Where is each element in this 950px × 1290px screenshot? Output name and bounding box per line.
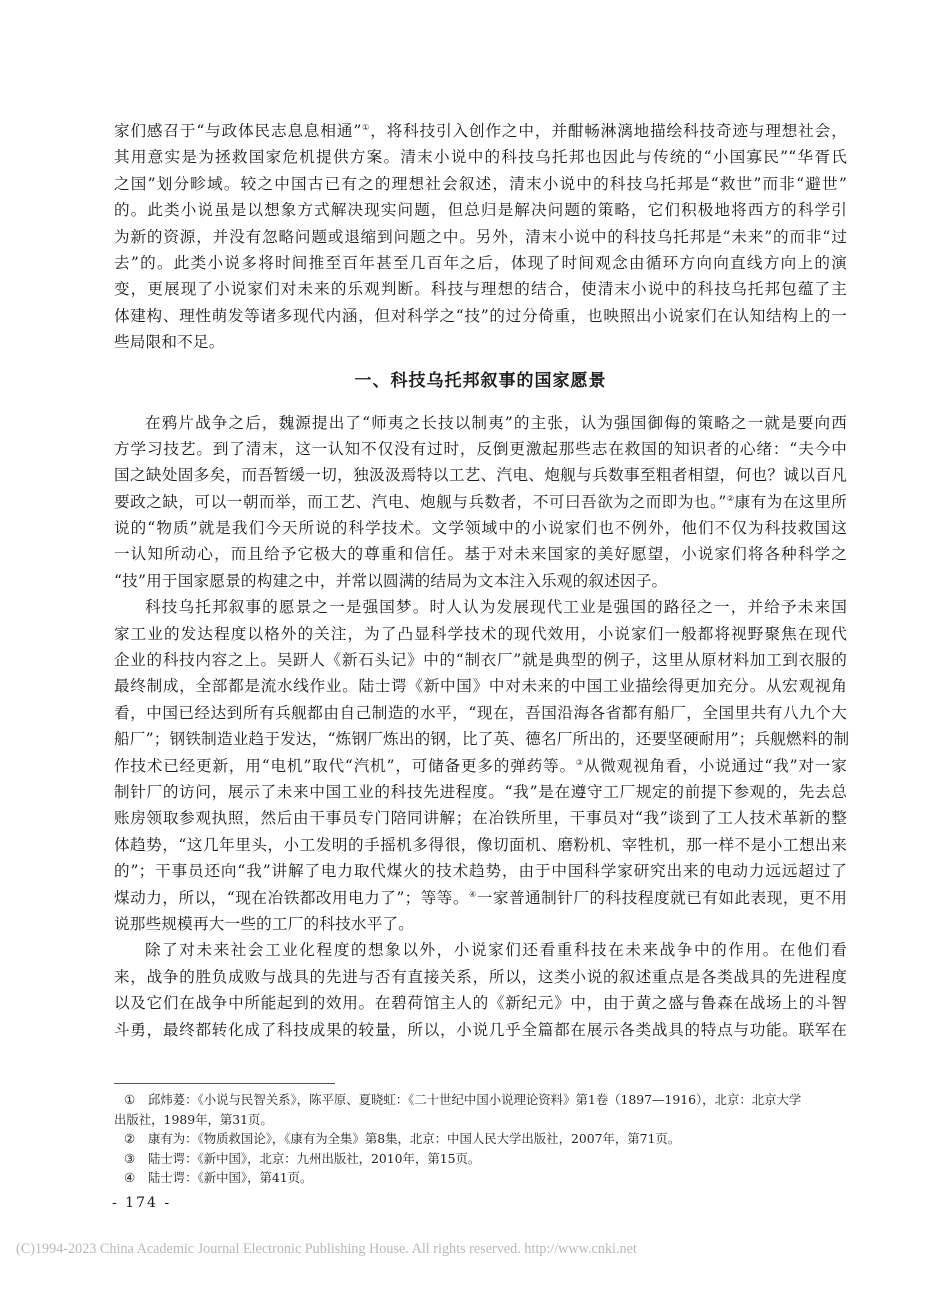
- text-line: 斗勇，最终都转化成了科技成果的较量，所以，小说几乎全篇都在展示各类战具的特点与功…: [114, 1017, 847, 1043]
- page-number: - 174 -: [112, 1195, 171, 1211]
- text-line: 作技术已经更新，用“电机”取代“汽机”，可储备更多的弹药等。③从微观视角看，小说…: [114, 753, 847, 779]
- text-line: 体趋势，“这几年里头，小工发明的手摇机多得很，像切面机、磨粉机、宰牲机，那一样不…: [114, 832, 847, 858]
- text-line: 的。此类小说虽是以想象方式解决现实问题，但总归是解决问题的策略，它们积极地将西方…: [114, 197, 847, 223]
- footnote-number: ④: [124, 1168, 148, 1188]
- paragraph-1: 在鸦片战争之后，魏源提出了“师夷之长技以制夷”的主张，认为强国御侮的策略之一就是…: [114, 410, 847, 595]
- footnote-line: 出版社，1989年，第31页。: [114, 1110, 847, 1130]
- footnote-4: ④陆士谔：《新中国》，第41页。: [114, 1168, 847, 1188]
- text-line: 企业的科技内容之上。吴趼人《新石头记》中的“制衣厂”就是典型的例子，这里从原材料…: [114, 647, 847, 673]
- footnote-1: ①邱炜萲：《小说与民智关系》，陈平原、夏晓虹：《二十世纪中国小说理论资料》第1卷…: [114, 1090, 847, 1129]
- footnote-ref-3[interactable]: ③: [576, 757, 584, 766]
- text-line: 之国”划分畛域。较之中国古已有之的理想社会叙述，清末小说中的科技乌托邦是“救世”…: [114, 171, 847, 197]
- footnote-number: ③: [124, 1149, 148, 1169]
- footnote-2: ②康有为：《物质救国论》，《康有为全集》第8集，北京：中国人民大学出版社，200…: [114, 1129, 847, 1149]
- text-line: 要政之缺，可以一朝而举，而工艺、汽电、炮舰与兵数者，不可曰吾欲为之而即为也。”②…: [114, 489, 847, 515]
- text-line: 来，战争的胜负成败与战具的先进与否有直接关系，所以，这类小说的叙述重点是各类战具…: [114, 964, 847, 990]
- text-line: 去”的。此类小说多将时间推至百年甚至几百年之后，体现了时间观念由循环方向向直线方…: [114, 250, 847, 276]
- footnote-number: ①: [124, 1090, 148, 1110]
- text-line: 制针厂的访问，展示了未来中国工业的科技先进程度。“我”是在遵守工厂规定的前提下参…: [114, 779, 847, 805]
- footnote-ref-4[interactable]: ④: [469, 889, 477, 898]
- footnotes: ①邱炜萲：《小说与民智关系》，陈平原、夏晓虹：《二十世纪中国小说理论资料》第1卷…: [114, 1090, 847, 1188]
- text-line: “技”用于国家愿景的构建之中，并常以圆满的结局为文本注入乐观的叙述因子。: [114, 568, 847, 594]
- text-line: 家们感召于“与政体民志息息相通”①，将科技引入创作之中，并酣畅淋漓地描绘科技奇迹…: [114, 118, 847, 144]
- copyright-notice: (C)1994-2023 China Academic Journal Elec…: [16, 1241, 637, 1258]
- section-heading: 一、科技乌托邦叙事的国家愿景: [114, 356, 847, 410]
- text-line: 体建构、理性萌发等诸多现代内涵，但对科学之“技”的过分倚重，也映照出小说家们在认…: [114, 303, 847, 329]
- footnote-divider: [114, 1083, 335, 1084]
- text-line: 账房领取参观执照，然后由干事员专门陪同讲解；在冶铁所里，干事员对“我”谈到了工人…: [114, 805, 847, 831]
- text-line: 船厂”；钢铁制造业趋于发达，“炼钢厂炼出的钢，比了英、德名厂所出的，还要坚硬耐用…: [114, 726, 847, 752]
- footnote-number: ②: [124, 1129, 148, 1149]
- footnote-ref-2[interactable]: ②: [727, 494, 735, 503]
- text-line: 以及它们在战争中所能起到的效用。在碧荷馆主人的《新纪元》中，由于黄之盛与鲁森在战…: [114, 990, 847, 1016]
- text-line: 家工业的发达程度以格外的关注，为了凸显科学技术的现代效用，小说家们一般都将视野聚…: [114, 621, 847, 647]
- text-line: 方学习技艺。到了清末，这一认知不仅没有过时，反倒更激起那些志在救国的知识者的心绪…: [114, 436, 847, 462]
- text-line: 最终制成，全部都是流水线作业。陆士谔《新中国》中对未来的中国工业描绘得更加充分。…: [114, 673, 847, 699]
- paragraph-3: 除了对未来社会工业化程度的想象以外，小说家们还看重科技在未来战争中的作用。在他们…: [114, 937, 847, 1043]
- text-line: 除了对未来社会工业化程度的想象以外，小说家们还看重科技在未来战争中的作用。在他们…: [114, 937, 847, 963]
- text-line: 一认知所动心，而且给予它极大的尊重和信任。基于对未来国家的美好愿望，小说家们将各…: [114, 541, 847, 567]
- text-line: 科技乌托邦叙事的愿景之一是强国梦。时人认为发展现代工业是强国的路径之一，并给予未…: [114, 594, 847, 620]
- footnote-line: ①邱炜萲：《小说与民智关系》，陈平原、夏晓虹：《二十世纪中国小说理论资料》第1卷…: [114, 1090, 847, 1110]
- text-line: 说那些规模再大一些的工厂的科技水平了。: [114, 911, 847, 937]
- text-line: 为新的资源，并没有忽略问题或退缩到问题之中。另外，清末小说中的科技乌托邦是“未来…: [114, 224, 847, 250]
- article-body: 家们感召于“与政体民志息息相通”①，将科技引入创作之中，并酣畅淋漓地描绘科技奇迹…: [114, 118, 847, 1043]
- paragraph-2: 科技乌托邦叙事的愿景之一是强国梦。时人认为发展现代工业是强国的路径之一，并给予未…: [114, 594, 847, 937]
- footnote-line: ②康有为：《物质救国论》，《康有为全集》第8集，北京：中国人民大学出版社，200…: [114, 1129, 847, 1149]
- text-line: 看，中国已经达到所有兵舰都由自己制造的水平，“现在，吾国沿海各省都有船厂，全国里…: [114, 700, 847, 726]
- footnote-line: ④陆士谔：《新中国》，第41页。: [114, 1168, 847, 1188]
- text-line: 其用意实是为拯救国家危机提供方案。清末小说中的科技乌托邦也因此与传统的“小国寡民…: [114, 144, 847, 170]
- footnote-ref-1[interactable]: ①: [362, 123, 371, 132]
- text-line: 煤动力，所以，“现在冶铁都改用电力了”；等等。④一家普通制针厂的科技程度就已有如…: [114, 885, 847, 911]
- text-line: 的”；干事员还向“我”讲解了电力取代煤火的技术趋势，由于中国科学家研究出来的电动…: [114, 858, 847, 884]
- text-line: 国之缺处固多矣，而吾暂缓一切，独汲汲焉特以工艺、汽电、炮舰与兵数事至粗者相望，何…: [114, 462, 847, 488]
- footnote-line: ③陆士谔：《新中国》，北京：九州出版社，2010年，第15页。: [114, 1149, 847, 1169]
- text-line: 些局限和不足。: [114, 329, 847, 355]
- intro-paragraph: 家们感召于“与政体民志息息相通”①，将科技引入创作之中，并酣畅淋漓地描绘科技奇迹…: [114, 118, 847, 356]
- text-line: 说的“物质”就是我们今天所说的科学技术。文学领域中的小说家们也不例外，他们不仅为…: [114, 515, 847, 541]
- footnote-3: ③陆士谔：《新中国》，北京：九州出版社，2010年，第15页。: [114, 1149, 847, 1169]
- text-line: 在鸦片战争之后，魏源提出了“师夷之长技以制夷”的主张，认为强国御侮的策略之一就是…: [114, 410, 847, 436]
- journal-page: 家们感召于“与政体民志息息相通”①，将科技引入创作之中，并酣畅淋漓地描绘科技奇迹…: [0, 0, 950, 1290]
- text-line: 变，更展现了小说家们对未来的乐观判断。科技与理想的结合，使清末小说中的科技乌托邦…: [114, 276, 847, 302]
